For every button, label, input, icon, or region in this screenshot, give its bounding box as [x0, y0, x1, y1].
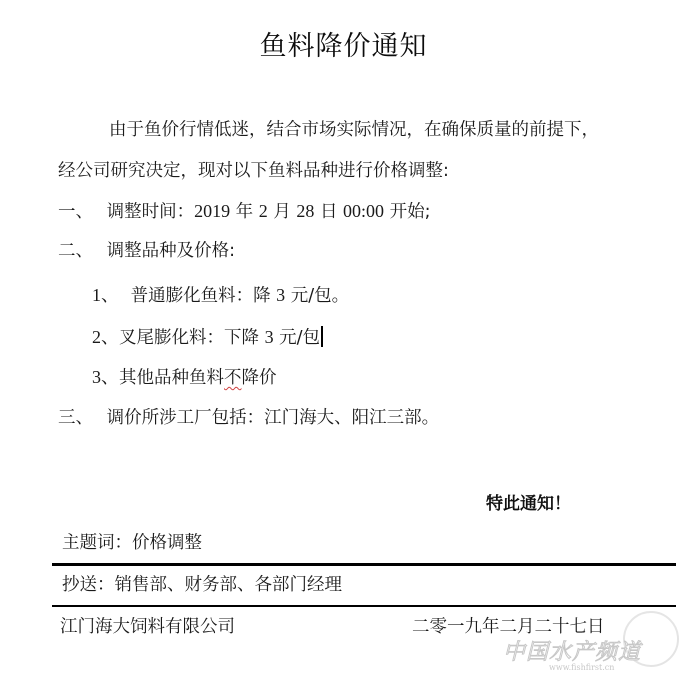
divider-bottom	[52, 605, 676, 607]
section-2-heading: 二、 调整品种及价格:	[58, 241, 235, 261]
price-item-1: 1、 普通膨化鱼料：降 3 元/包。	[92, 285, 349, 306]
section-1-adjust-time: 一、 调整时间：2019 年 2 月 28 日 00:00 开始;	[58, 201, 431, 222]
divider-top	[52, 563, 676, 566]
section-3-factories: 三、 调价所涉工厂包括：江门海大、阳江三部。	[58, 408, 439, 428]
adjust-day: 28	[296, 201, 314, 221]
item-1-name: 普通膨化鱼料：降	[131, 286, 271, 306]
company-name: 江门海大饲料有限公司	[60, 617, 235, 637]
section-1-suffix: 开始;	[390, 202, 431, 222]
price-item-3: 3、其他品种鱼料不降价	[92, 367, 277, 388]
watermark-text: 中国水产频道	[503, 635, 641, 666]
item-1-amount: 3	[276, 285, 285, 305]
price-item-2: 2、叉尾膨化料：下降 3 元/包	[92, 326, 323, 348]
item-2-unit: 元/包	[279, 328, 320, 348]
year-unit: 年	[236, 202, 254, 222]
watermark-url: www.fishfirst.cn	[549, 663, 614, 672]
spellcheck-flagged-text: 不	[224, 368, 242, 388]
keywords-line: 主题词：价格调整	[62, 533, 202, 553]
item-2-name: 叉尾膨化料：下降	[119, 328, 259, 348]
section-1-label: 调整时间：	[107, 202, 195, 222]
adjust-month: 2	[259, 201, 268, 221]
adjust-year: 2019	[194, 201, 230, 221]
document-title: 鱼料降价通知	[0, 24, 687, 63]
item-3-name-pre: 其他品种鱼料	[119, 368, 224, 388]
cc-line: 抄送：销售部、财务部、各部门经理	[62, 575, 342, 595]
intro-line-2: 经公司研究决定，现对以下鱼料品种进行价格调整:	[58, 161, 449, 181]
section-2-label: 调整品种及价格:	[107, 241, 235, 261]
item-1-unit: 元/包。	[291, 286, 349, 306]
section-2-marker: 二、	[58, 241, 93, 261]
section-3-text: 调价所涉工厂包括：江门海大、阳江三部。	[107, 408, 440, 428]
intro-line-1: 由于鱼价行情低迷，结合市场实际情况，在确保质量的前提下，	[109, 120, 599, 140]
item-2-marker: 2、	[92, 327, 119, 347]
section-3-marker: 三、	[58, 408, 93, 428]
day-unit: 日	[320, 202, 338, 222]
closing-statement: 特此通知！	[486, 489, 571, 514]
month-unit: 月	[273, 202, 291, 222]
watermark: 中国水产频道 www.fishfirst.cn	[499, 633, 679, 678]
text-cursor	[321, 326, 323, 347]
item-2-amount: 3	[265, 327, 274, 347]
section-1-marker: 一、	[58, 202, 93, 222]
adjust-time: 00:00	[343, 201, 384, 221]
item-3-name-post: 降价	[242, 368, 277, 388]
item-3-marker: 3、	[92, 367, 119, 387]
item-1-marker: 1、	[92, 285, 119, 305]
